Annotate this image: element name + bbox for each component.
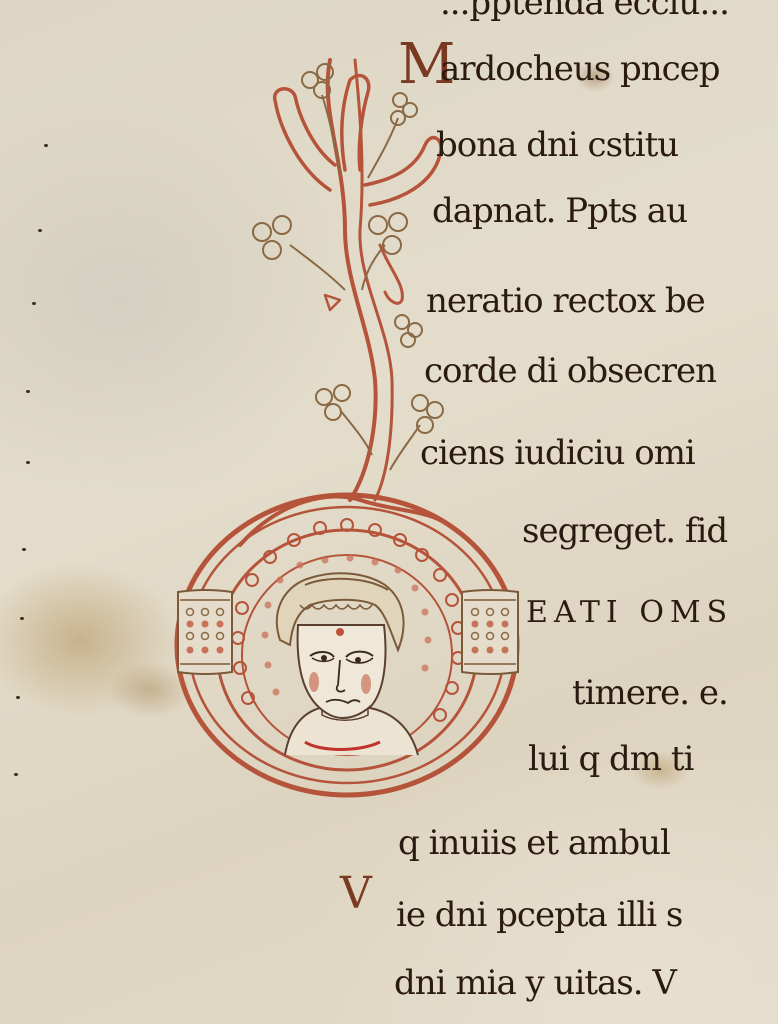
text-line: ciens iudiciu omi [420, 436, 695, 470]
rubric-line: EATI OMS [526, 598, 733, 628]
text-line: segreget. fid [522, 514, 727, 548]
text-line: dni mia y uitas. V [394, 966, 676, 1000]
text-line-partial: ...pptenda ecclu... [440, 0, 729, 20]
manuscript-text: ...pptenda ecclu... M ardocheus pncep bo… [0, 0, 778, 1024]
text-line: lui q dm ti [528, 742, 693, 776]
text-line: corde di obsecren [424, 354, 716, 388]
text-line: neratio rectox be [426, 284, 705, 318]
text-line: q inuiis et ambul [398, 826, 670, 860]
text-line: bona dni cstitu [436, 128, 678, 162]
text-line: ardocheus pncep [440, 52, 720, 86]
text-line: dapnat. Ppts au [432, 194, 687, 228]
text-line: ie dni pcepta illi s [396, 898, 682, 932]
initial-letter-V: V [340, 868, 372, 919]
text-line: timere. e. [572, 676, 728, 710]
